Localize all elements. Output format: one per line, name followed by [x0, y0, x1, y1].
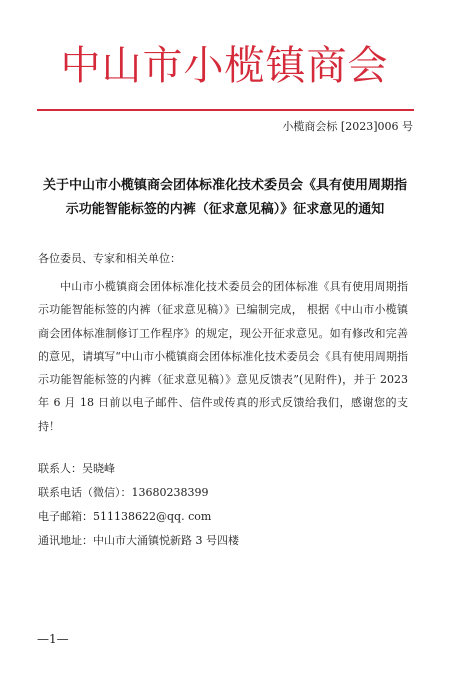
letterhead-red-divider — [37, 109, 414, 111]
contact-email: 电子邮箱：511138622@qq. com — [38, 510, 239, 534]
contact-phone: 联系电话（微信）：13680238399 — [38, 486, 239, 510]
contact-address: 通讯地址：中山市大涌镇悦新路 3 号四楼 — [38, 534, 239, 558]
salutation: 各位委员、专家和相关单位： — [38, 252, 181, 266]
document-number: 小榄商会标 [2023]006 号 — [282, 120, 413, 134]
contact-person: 联系人：吴晓峰 — [38, 462, 239, 486]
page-number: —1— — [37, 632, 69, 646]
contact-block: 联系人：吴晓峰 联系电话（微信）：13680238399 电子邮箱：511138… — [38, 462, 239, 558]
notice-title: 关于中山市小榄镇商会团体标准化技术委员会《具有使用周期指示功能智能标签的内裤（征… — [40, 174, 410, 222]
notice-body-paragraph: 中山市小榄镇商会团体标准化技术委员会的团体标准《具有使用周期指示功能智能标签的内… — [38, 275, 408, 438]
document-page: 中山市小榄镇商会 小榄商会标 [2023]006 号 关于中山市小榄镇商会团体标… — [0, 0, 449, 684]
org-letterhead-title: 中山市小榄镇商会 — [0, 42, 449, 90]
